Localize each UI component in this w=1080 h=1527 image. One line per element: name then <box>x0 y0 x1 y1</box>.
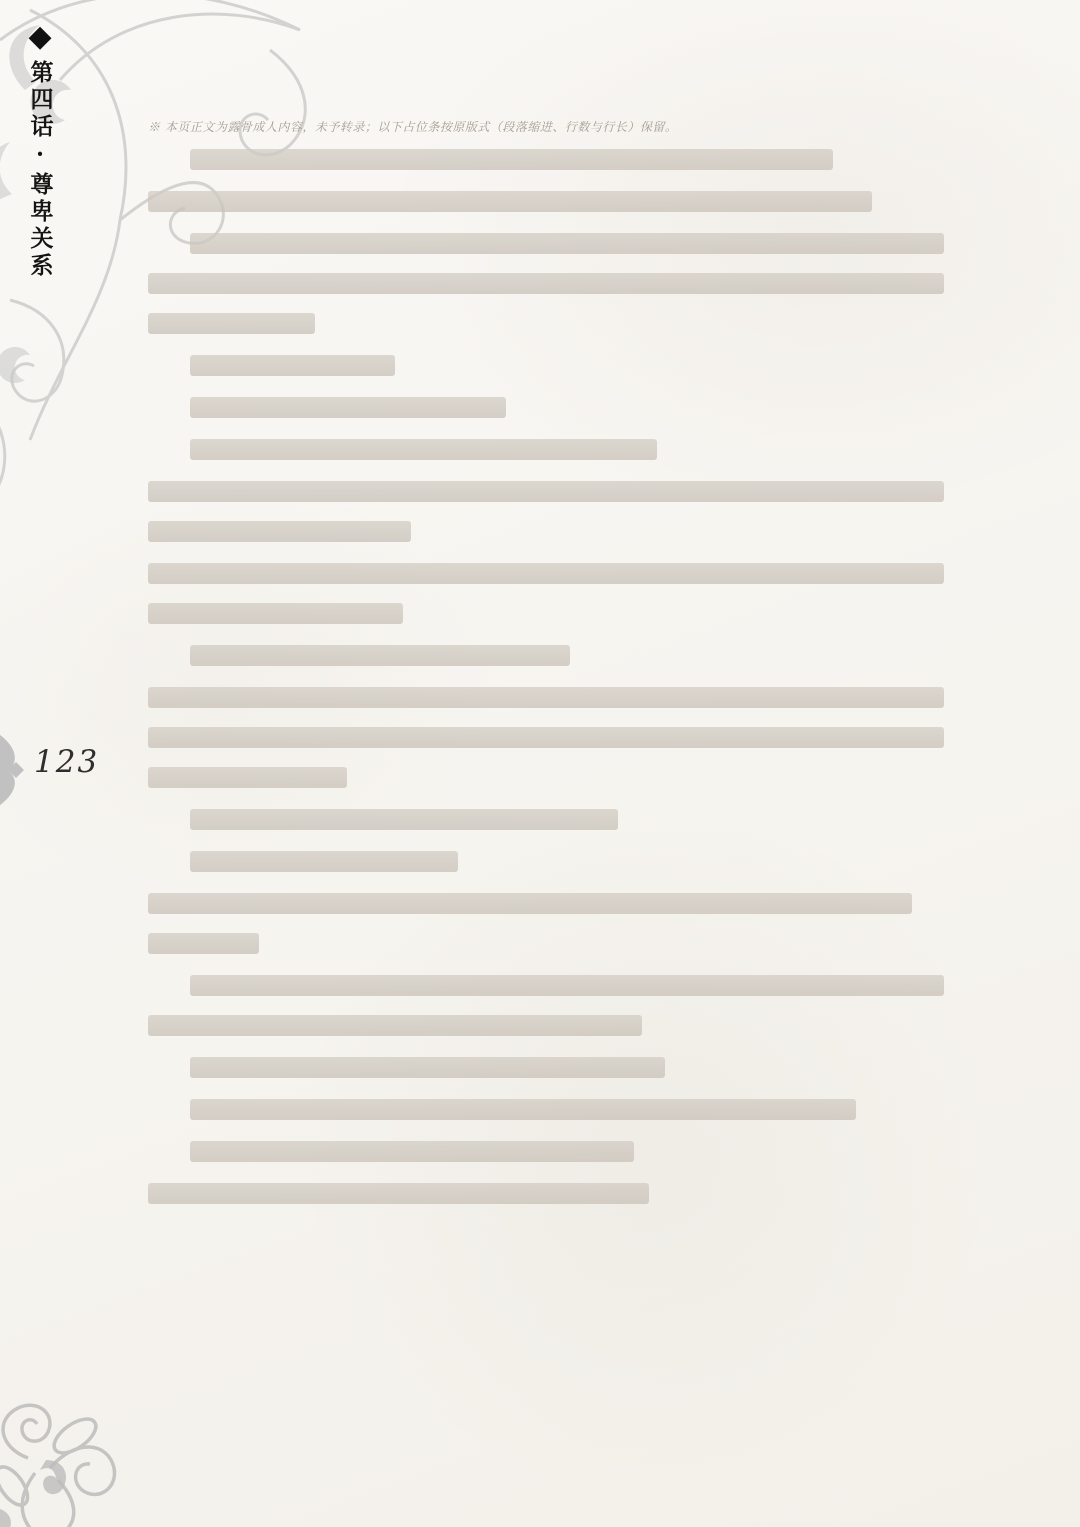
redacted-paragraph <box>148 191 944 212</box>
redacted-text-line <box>148 727 944 748</box>
redacted-paragraph <box>148 1057 944 1078</box>
redacted-text-line <box>148 563 944 584</box>
redacted-text-line <box>190 851 458 872</box>
redacted-paragraph <box>148 233 944 334</box>
redacted-text-line <box>148 1015 642 1036</box>
redacted-paragraph <box>148 355 944 376</box>
redacted-paragraph <box>148 1183 944 1204</box>
redacted-text-line <box>190 1141 634 1162</box>
redacted-paragraph <box>148 975 944 1036</box>
redacted-text-line <box>148 313 315 334</box>
page-number: 123 <box>34 744 99 780</box>
redacted-text-line <box>148 191 872 212</box>
redacted-text-line <box>190 975 944 996</box>
redacted-text-line <box>190 645 570 666</box>
chapter-title-vertical: 第四话·尊卑关系 <box>24 60 57 280</box>
redacted-text-line <box>148 767 347 788</box>
redacted-text-line <box>148 1183 649 1204</box>
redacted-paragraph <box>148 893 944 954</box>
book-page: { "page": { "number": "123", "chapter_la… <box>0 0 1080 1527</box>
paragraph-list <box>148 149 944 1204</box>
page-number-flourish-icon <box>0 732 28 812</box>
redacted-paragraph <box>148 687 944 788</box>
redacted-text-line <box>148 893 912 914</box>
redacted-text-line <box>148 481 944 502</box>
redacted-text-line <box>190 149 833 170</box>
redacted-paragraph <box>148 1099 944 1120</box>
redacted-paragraph <box>148 1141 944 1162</box>
redacted-text-line <box>148 273 944 294</box>
body-text-area: ※ 本页正文为露骨成人内容，未予转录；以下占位条按原版式（段落缩进、行数与行长）… <box>148 118 944 1225</box>
redacted-paragraph <box>148 809 944 830</box>
redacted-text-line <box>190 809 618 830</box>
redacted-paragraph <box>148 481 944 542</box>
redacted-text-line <box>190 233 944 254</box>
redacted-paragraph <box>148 149 944 170</box>
redacted-paragraph <box>148 851 944 872</box>
redacted-text-line <box>148 603 403 624</box>
redacted-text-line <box>148 521 411 542</box>
redacted-text-line <box>190 397 506 418</box>
redacted-text-line <box>190 1057 665 1078</box>
chapter-diamond-icon: ◆ <box>16 22 64 52</box>
redacted-paragraph <box>148 397 944 418</box>
chapter-sidebar: ◆ 第四话·尊卑关系 <box>16 22 64 280</box>
bottom-left-flourish-icon <box>0 1398 130 1527</box>
redacted-text-line <box>148 933 259 954</box>
redacted-text-line <box>190 1099 856 1120</box>
redacted-text-line <box>148 687 944 708</box>
redacted-paragraph <box>148 439 944 460</box>
redacted-paragraph <box>148 563 944 624</box>
redacted-paragraph <box>148 645 944 666</box>
redaction-notice: ※ 本页正文为露骨成人内容，未予转录；以下占位条按原版式（段落缩进、行数与行长）… <box>148 118 944 135</box>
redacted-text-line <box>190 355 395 376</box>
redacted-text-line <box>190 439 657 460</box>
